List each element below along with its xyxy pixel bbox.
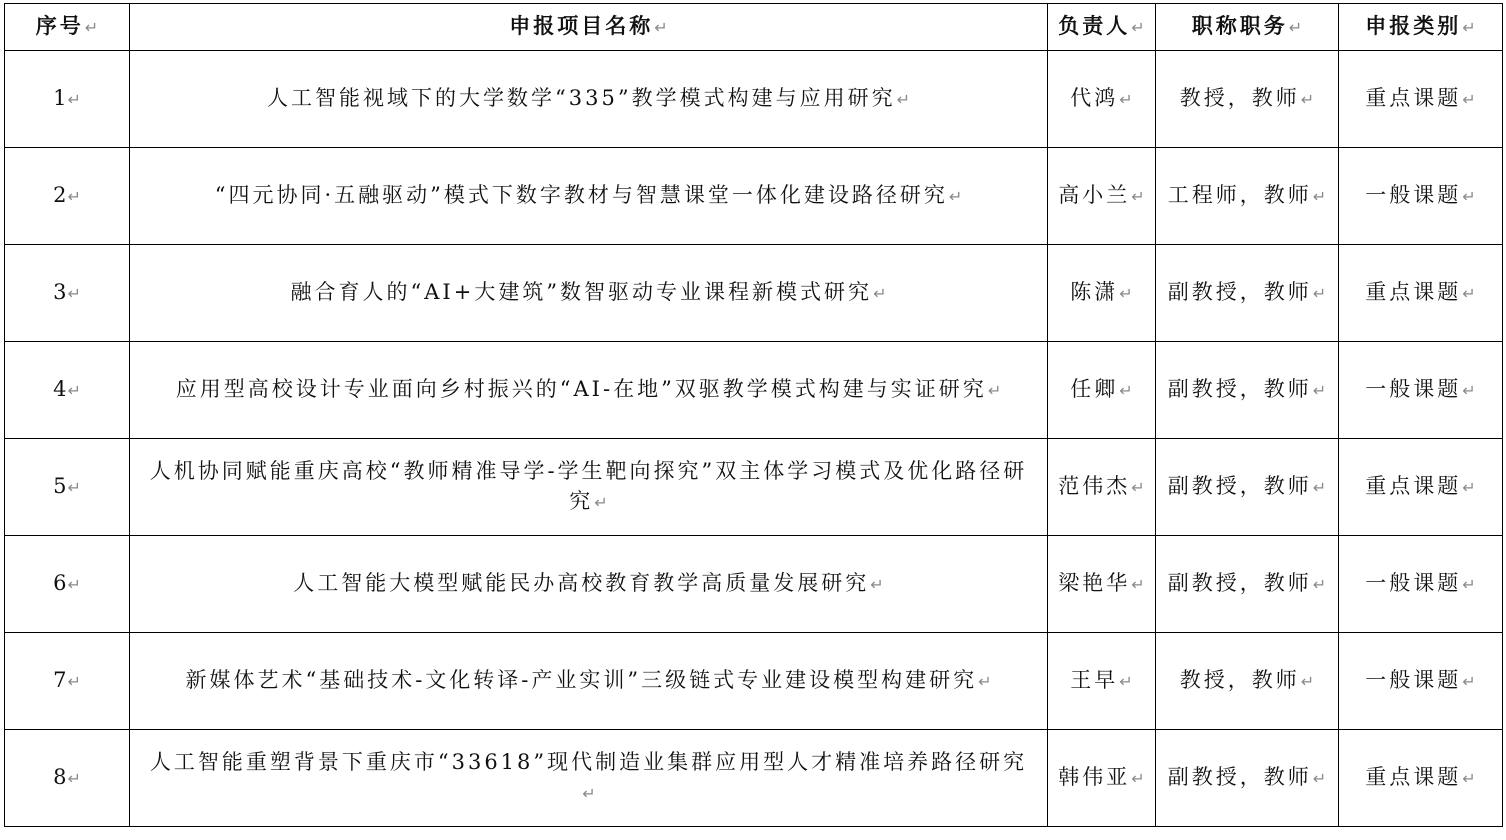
cell-job-title: 副教授，教师↵ bbox=[1156, 342, 1339, 439]
table-row: 3↵ 融合育人的“AI+大建筑”数智驱动专业课程新模式研究↵ 陈潇↵ 副教授，教… bbox=[5, 245, 1503, 342]
cell-project-name: 人机协同赋能重庆高校“教师精准导学-学生靶向探究”双主体学习模式及优化路径研究↵ bbox=[130, 439, 1048, 536]
cell-project-name: 应用型高校设计专业面向乡村振兴的“AI-在地”双驱教学模式构建与实证研究↵ bbox=[130, 342, 1048, 439]
cell-no: 3↵ bbox=[5, 245, 130, 342]
cell-project-name: “四元协同·五融驱动”模式下数字教材与智慧课堂一体化建设路径研究↵ bbox=[130, 148, 1048, 245]
paragraph-mark-icon: ↵ bbox=[1289, 18, 1302, 37]
cell-no: 8↵ bbox=[5, 730, 130, 827]
table-body: 1↵ 人工智能视域下的大学数学“335”教学模式构建与应用研究↵ 代鸿↵ 教授，… bbox=[5, 51, 1503, 827]
table-row: 1↵ 人工智能视域下的大学数学“335”教学模式构建与应用研究↵ 代鸿↵ 教授，… bbox=[5, 51, 1503, 148]
header-owner: 负责人↵ bbox=[1048, 4, 1156, 51]
paragraph-mark-icon: ↵ bbox=[1313, 769, 1326, 788]
paragraph-mark-icon: ↵ bbox=[1131, 187, 1144, 206]
paragraph-mark-icon: ↵ bbox=[1313, 284, 1326, 303]
paragraph-mark-icon: ↵ bbox=[1131, 18, 1144, 37]
paragraph-mark-icon: ↵ bbox=[1462, 769, 1475, 788]
cell-category: 一般课题↵ bbox=[1339, 148, 1503, 245]
paragraph-mark-icon: ↵ bbox=[1462, 18, 1475, 37]
project-table: 序号↵ 申报项目名称↵ 负责人↵ 职称职务↵ 申报类别↵ 1↵ 人工智能视域下的… bbox=[4, 3, 1503, 827]
cell-owner: 韩伟亚↵ bbox=[1048, 730, 1156, 827]
cell-no: 5↵ bbox=[5, 439, 130, 536]
paragraph-mark-icon: ↵ bbox=[949, 187, 962, 206]
paragraph-mark-icon: ↵ bbox=[1119, 381, 1132, 400]
cell-no: 6↵ bbox=[5, 536, 130, 633]
paragraph-mark-icon: ↵ bbox=[1119, 672, 1132, 691]
paragraph-mark-icon: ↵ bbox=[1131, 575, 1144, 594]
header-project-name: 申报项目名称↵ bbox=[130, 4, 1048, 51]
paragraph-mark-icon: ↵ bbox=[1313, 187, 1326, 206]
paragraph-mark-icon: ↵ bbox=[67, 381, 80, 400]
paragraph-mark-icon: ↵ bbox=[1462, 381, 1475, 400]
paragraph-mark-icon: ↵ bbox=[67, 575, 80, 594]
cell-no: 4↵ bbox=[5, 342, 130, 439]
cell-project-name: 人工智能大模型赋能民办高校教育教学高质量发展研究↵ bbox=[130, 536, 1048, 633]
paragraph-mark-icon: ↵ bbox=[1462, 90, 1475, 109]
table-row: 6↵ 人工智能大模型赋能民办高校教育教学高质量发展研究↵ 梁艳华↵ 副教授，教师… bbox=[5, 536, 1503, 633]
paragraph-mark-icon: ↵ bbox=[67, 187, 80, 206]
header-no: 序号↵ bbox=[5, 4, 130, 51]
cell-owner: 王早↵ bbox=[1048, 633, 1156, 730]
cell-job-title: 工程师，教师↵ bbox=[1156, 148, 1339, 245]
cell-owner: 高小兰↵ bbox=[1048, 148, 1156, 245]
paragraph-mark-icon: ↵ bbox=[1131, 769, 1144, 788]
cell-project-name: 融合育人的“AI+大建筑”数智驱动专业课程新模式研究↵ bbox=[130, 245, 1048, 342]
paragraph-mark-icon: ↵ bbox=[1462, 575, 1475, 594]
header-category: 申报类别↵ bbox=[1339, 4, 1503, 51]
paragraph-mark-icon: ↵ bbox=[978, 672, 991, 691]
cell-job-title: 副教授，教师↵ bbox=[1156, 536, 1339, 633]
cell-job-title: 副教授，教师↵ bbox=[1156, 245, 1339, 342]
paragraph-mark-icon: ↵ bbox=[1119, 90, 1132, 109]
cell-job-title: 副教授，教师↵ bbox=[1156, 439, 1339, 536]
cell-owner: 陈潇↵ bbox=[1048, 245, 1156, 342]
cell-job-title: 教授，教师↵ bbox=[1156, 633, 1339, 730]
paragraph-mark-icon: ↵ bbox=[1301, 90, 1314, 109]
header-job-title: 职称职务↵ bbox=[1156, 4, 1339, 51]
paragraph-mark-icon: ↵ bbox=[897, 90, 910, 109]
paragraph-mark-icon: ↵ bbox=[1301, 672, 1314, 691]
cell-owner: 任卿↵ bbox=[1048, 342, 1156, 439]
cell-no: 2↵ bbox=[5, 148, 130, 245]
paragraph-mark-icon: ↵ bbox=[582, 784, 595, 803]
table-header-row: 序号↵ 申报项目名称↵ 负责人↵ 职称职务↵ 申报类别↵ bbox=[5, 4, 1503, 51]
cell-category: 一般课题↵ bbox=[1339, 536, 1503, 633]
paragraph-mark-icon: ↵ bbox=[1462, 672, 1475, 691]
cell-category: 重点课题↵ bbox=[1339, 51, 1503, 148]
paragraph-mark-icon: ↵ bbox=[67, 769, 80, 788]
cell-category: 重点课题↵ bbox=[1339, 245, 1503, 342]
paragraph-mark-icon: ↵ bbox=[1131, 478, 1144, 497]
paragraph-mark-icon: ↵ bbox=[873, 284, 886, 303]
paragraph-mark-icon: ↵ bbox=[1119, 284, 1132, 303]
paragraph-mark-icon: ↵ bbox=[1462, 187, 1475, 206]
paragraph-mark-icon: ↵ bbox=[870, 575, 883, 594]
cell-no: 7↵ bbox=[5, 633, 130, 730]
cell-category: 一般课题↵ bbox=[1339, 633, 1503, 730]
cell-job-title: 教授，教师↵ bbox=[1156, 51, 1339, 148]
cell-project-name: 人工智能重塑背景下重庆市“33618”现代制造业集群应用型人才精准培养路径研究↵ bbox=[130, 730, 1048, 827]
paragraph-mark-icon: ↵ bbox=[1313, 478, 1326, 497]
table-row: 4↵ 应用型高校设计专业面向乡村振兴的“AI-在地”双驱教学模式构建与实证研究↵… bbox=[5, 342, 1503, 439]
paragraph-mark-icon: ↵ bbox=[1462, 284, 1475, 303]
cell-project-name: 新媒体艺术“基础技术-文化转译-产业实训”三级链式专业建设模型构建研究↵ bbox=[130, 633, 1048, 730]
paragraph-mark-icon: ↵ bbox=[1313, 575, 1326, 594]
cell-category: 重点课题↵ bbox=[1339, 730, 1503, 827]
cell-owner: 代鸿↵ bbox=[1048, 51, 1156, 148]
cell-job-title: 副教授，教师↵ bbox=[1156, 730, 1339, 827]
cell-owner: 范伟杰↵ bbox=[1048, 439, 1156, 536]
paragraph-mark-icon: ↵ bbox=[85, 18, 98, 37]
paragraph-mark-icon: ↵ bbox=[594, 493, 607, 512]
cell-category: 一般课题↵ bbox=[1339, 342, 1503, 439]
cell-project-name: 人工智能视域下的大学数学“335”教学模式构建与应用研究↵ bbox=[130, 51, 1048, 148]
paragraph-mark-icon: ↵ bbox=[67, 90, 80, 109]
table-row: 5↵ 人机协同赋能重庆高校“教师精准导学-学生靶向探究”双主体学习模式及优化路径… bbox=[5, 439, 1503, 536]
paragraph-mark-icon: ↵ bbox=[67, 478, 80, 497]
table-row: 8↵ 人工智能重塑背景下重庆市“33618”现代制造业集群应用型人才精准培养路径… bbox=[5, 730, 1503, 827]
paragraph-mark-icon: ↵ bbox=[67, 284, 80, 303]
paragraph-mark-icon: ↵ bbox=[1462, 478, 1475, 497]
paragraph-mark-icon: ↵ bbox=[1313, 381, 1326, 400]
cell-category: 重点课题↵ bbox=[1339, 439, 1503, 536]
table-row: 2↵ “四元协同·五融驱动”模式下数字教材与智慧课堂一体化建设路径研究↵ 高小兰… bbox=[5, 148, 1503, 245]
cell-no: 1↵ bbox=[5, 51, 130, 148]
paragraph-mark-icon: ↵ bbox=[67, 672, 80, 691]
paragraph-mark-icon: ↵ bbox=[988, 381, 1001, 400]
cell-owner: 梁艳华↵ bbox=[1048, 536, 1156, 633]
paragraph-mark-icon: ↵ bbox=[654, 18, 667, 37]
table-row: 7↵ 新媒体艺术“基础技术-文化转译-产业实训”三级链式专业建设模型构建研究↵ … bbox=[5, 633, 1503, 730]
